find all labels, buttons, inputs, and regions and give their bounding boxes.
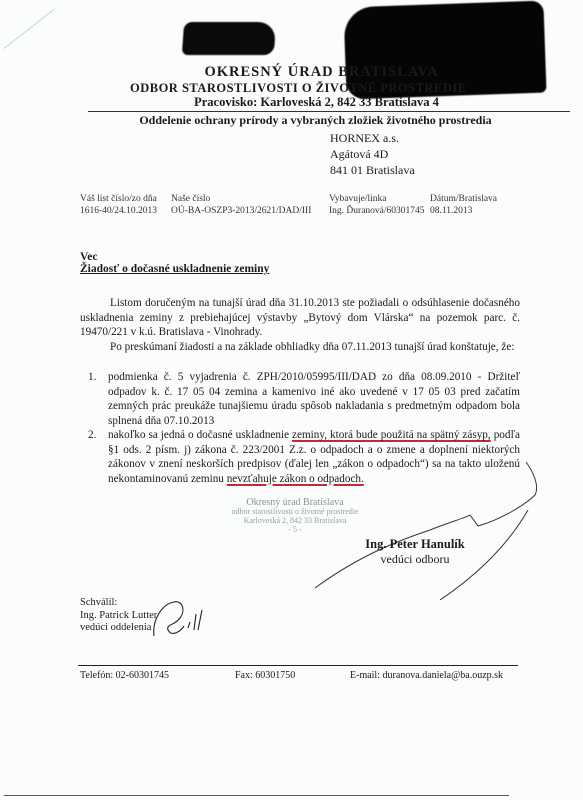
ref-date-value: 08.11.2013 xyxy=(430,205,497,217)
signatory-role: vedúci odboru xyxy=(350,552,480,567)
signature-icon xyxy=(300,460,540,600)
ref-date: Dátum/Bratislava 08.11.2013 xyxy=(430,193,497,217)
ref-our-number: Naše číslo OÚ-BA-OSZP3-2013/2621/DAD/III xyxy=(171,193,311,217)
finding-text: podmienka č. 5 vyjadrenia č. ZPH/2010/05… xyxy=(108,371,520,427)
footer-divider xyxy=(78,665,518,666)
workplace-address: Pracovisko: Karloveská 2, 842 33 Bratisl… xyxy=(0,95,583,110)
recipient-city: 841 01 Bratislava xyxy=(330,162,415,178)
header-divider xyxy=(88,111,570,112)
finding-text-start: nakoľko sa jedná o dočasné uskladnenie xyxy=(108,429,292,441)
ref-our-number-label: Naše číslo xyxy=(171,193,311,205)
approval-label: Schválil: xyxy=(80,597,157,610)
recipient-address: HORNEX a.s. Agátová 4D 841 01 Bratislava xyxy=(330,130,415,178)
finding-item-1: 1. podmienka č. 5 vyjadrenia č. ZPH/2010… xyxy=(80,370,520,428)
recipient-street: Agátová 4D xyxy=(330,146,415,162)
highlighted-text: zeminy, ktorá bude použitá na spätný zás… xyxy=(292,429,491,441)
department-name: ODBOR STAROSTLIVOSTI O ŽIVOTNÉ PROSTREDI… xyxy=(0,81,583,96)
footer-email-link[interactable]: duranova.daniela@ba.ouzp.sk xyxy=(383,670,504,681)
footer-fax: Fax: 60301750 xyxy=(235,670,295,681)
signatory-name: Ing. Peter Hanulík xyxy=(350,537,480,552)
approval-name: Ing. Patrick Lutter xyxy=(80,610,157,623)
approval-block: Schválil: Ing. Patrick Lutter vedúci odd… xyxy=(80,597,157,635)
finding-number: 2. xyxy=(88,428,96,443)
recipient-name: HORNEX a.s. xyxy=(330,130,415,146)
approval-signature-icon xyxy=(152,600,212,640)
footer-email: E-mail: duranova.daniela@ba.ouzp.sk xyxy=(350,670,503,681)
body-paragraph-1: Listom doručeným na tunajší úrad dňa 31.… xyxy=(80,296,520,340)
section-name: Oddelenie ochrany prírody a vybraných zl… xyxy=(0,113,583,128)
finding-number: 1. xyxy=(88,370,96,385)
ref-date-label: Dátum/Bratislava xyxy=(430,193,497,205)
approval-role: vedúci oddelenia xyxy=(80,622,157,635)
footer-email-label: E-mail: xyxy=(350,670,383,681)
redaction-mark-left xyxy=(182,22,276,55)
ref-handled-by: Vybavuje/linka Ing. Ďuranová/60301745 xyxy=(329,193,425,217)
ref-your-letter-value: 1616-40/24.10.2013 xyxy=(80,205,157,217)
subject-label: Vec xyxy=(80,251,97,263)
ref-our-number-value: OÚ-BA-OSZP3-2013/2621/DAD/III xyxy=(171,205,311,217)
ref-your-letter: Váš list číslo/zo dňa 1616-40/24.10.2013 xyxy=(80,193,157,217)
ref-handled-by-label: Vybavuje/linka xyxy=(329,193,425,205)
body-paragraph-2: Po preskúmaní žiadosti a na základe obhl… xyxy=(80,340,520,355)
scan-edge-line xyxy=(4,795,509,796)
office-name: OKRESNÝ ÚRAD BRATISLAVA xyxy=(0,64,583,81)
footer-phone: Telefón: 02-60301745 xyxy=(80,670,169,681)
scanned-letter-page: OKRESNÝ ÚRAD BRATISLAVA ODBOR STAROSTLIV… xyxy=(0,0,583,800)
signatory-block: Ing. Peter Hanulík vedúci odboru xyxy=(350,537,480,567)
ref-handled-by-value: Ing. Ďuranová/60301745 xyxy=(329,205,425,217)
fold-mark xyxy=(4,9,55,49)
subject-title: Žiadosť o dočasné uskladnenie zeminy xyxy=(80,263,269,275)
ref-your-letter-label: Váš list číslo/zo dňa xyxy=(80,193,157,205)
